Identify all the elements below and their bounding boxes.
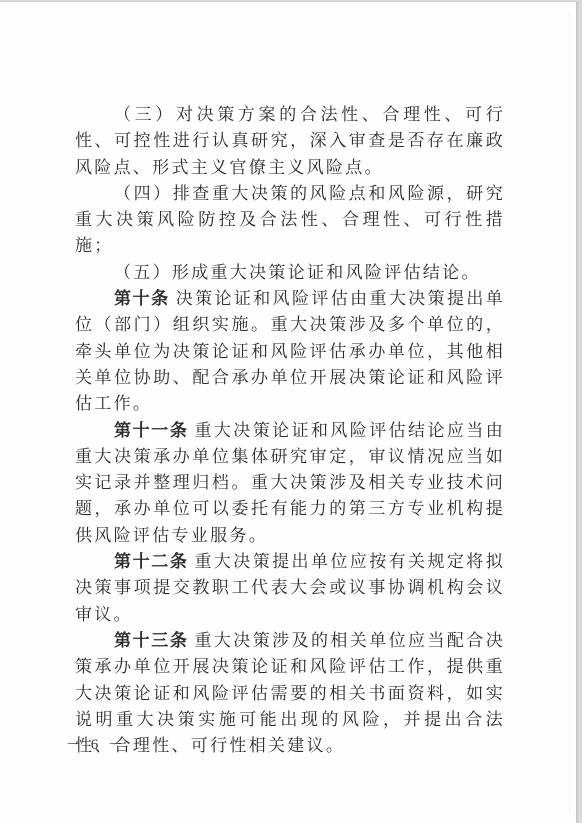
article-label: 第十条 bbox=[114, 289, 170, 309]
paragraph-text: （三）对决策方案的合法性、合理性、可行性、可控性进行认真研究，深入审查是否存在廉… bbox=[75, 105, 505, 178]
article-10: 第十条决策论证和风险评估由重大决策提出单位（部门）组织实施。重大决策涉及多个单位… bbox=[75, 286, 505, 417]
document-body: （三）对决策方案的合法性、合理性、可行性、可控性进行认真研究，深入审查是否存在廉… bbox=[75, 102, 505, 759]
article-12: 第十二条重大决策提出单位应按有关规定将拟决策事项提交教职工代表大会或议事协调机构… bbox=[75, 549, 505, 628]
page-number: － 6 － bbox=[66, 733, 126, 754]
document-page: （三）对决策方案的合法性、合理性、可行性、可控性进行认真研究，深入审查是否存在廉… bbox=[0, 1, 578, 822]
paragraph-item-5: （五）形成重大决策论证和风险评估结论。 bbox=[75, 260, 505, 286]
article-13: 第十三条重大决策涉及的相关单位应当配合决策承办单位开展决策论证和风险评估工作，提… bbox=[75, 628, 505, 759]
paragraph-item-4: （四）排查重大决策的风险点和风险源，研究重大决策风险防控及合法性、合理性、可行性… bbox=[75, 181, 505, 260]
article-label: 第十二条 bbox=[114, 552, 188, 572]
paragraph-text: （四）排查重大决策的风险点和风险源，研究重大决策风险防控及合法性、合理性、可行性… bbox=[75, 184, 505, 257]
paragraph-text: （五）形成重大决策论证和风险评估结论。 bbox=[114, 263, 481, 283]
article-11: 第十一条重大决策论证和风险评估结论应当由重大决策承办单位集体研究审定，审议情况应… bbox=[75, 418, 505, 549]
article-label: 第十三条 bbox=[114, 631, 188, 651]
paragraph-item-3: （三）对决策方案的合法性、合理性、可行性、可控性进行认真研究，深入审查是否存在廉… bbox=[75, 102, 505, 181]
article-label: 第十一条 bbox=[114, 421, 188, 441]
